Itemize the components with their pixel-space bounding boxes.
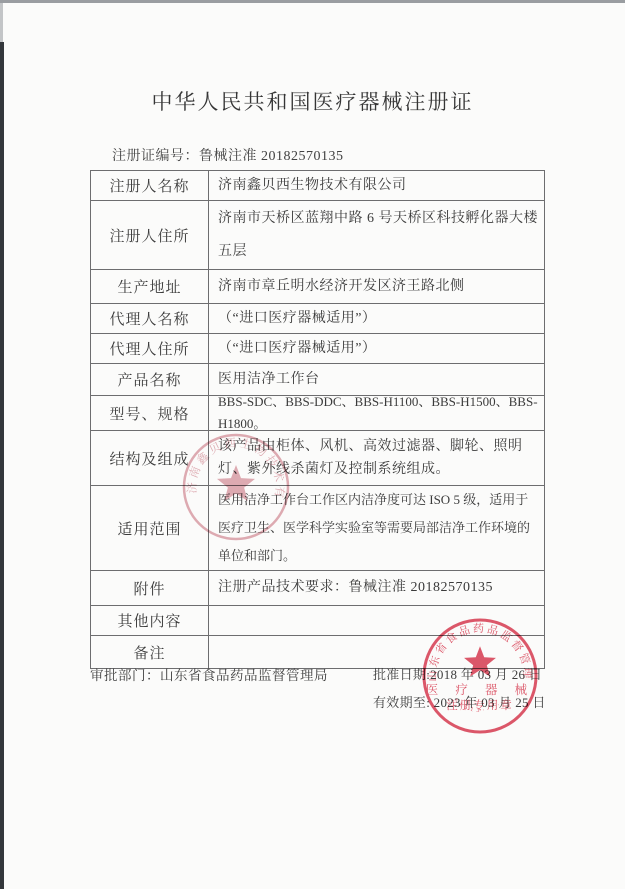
- valid-until-date: 有效期至: 2023 年 03 月 25 日: [373, 692, 546, 711]
- row-label: 适用范围: [91, 486, 209, 570]
- table-row: 注册人名称 济南鑫贝西生物技术有限公司: [91, 171, 544, 201]
- row-label: 其他内容: [91, 606, 209, 635]
- row-value: BBS-SDC、BBS-DDC、BBS-H1100、BBS-H1500、BBS-…: [209, 396, 544, 430]
- row-label: 产品名称: [91, 364, 209, 395]
- row-value: 济南市天桥区蓝翔中路 6 号天桥区科技孵化器大楼五层: [209, 201, 544, 269]
- row-label: 附件: [91, 571, 209, 605]
- row-value: 该产品由柜体、风机、高效过滤器、脚轮、照明灯、紫外线杀菌灯及控制系统组成。: [209, 431, 544, 485]
- page-title: 中华人民共和国医疗器械注册证: [0, 86, 625, 116]
- certificate-number-value: 鲁械注准 20182570135: [199, 149, 344, 164]
- scan-edge-left: [0, 42, 4, 889]
- table-row: 型号、规格 BBS-SDC、BBS-DDC、BBS-H1100、BBS-H150…: [91, 396, 544, 431]
- row-label: 注册人名称: [91, 171, 209, 200]
- row-label: 代理人名称: [91, 304, 209, 333]
- row-value: [209, 606, 544, 635]
- footer-dates: 批准日期:2018 年 03 月 26 日 有效期至: 2023 年 03 月 …: [373, 664, 546, 720]
- table-row: 注册人住所 济南市天桥区蓝翔中路 6 号天桥区科技孵化器大楼五层: [91, 201, 544, 270]
- certificate-table: 注册人名称 济南鑫贝西生物技术有限公司 注册人住所 济南市天桥区蓝翔中路 6 号…: [90, 170, 545, 669]
- table-row: 代理人住所 （“进口医疗器械适用”）: [91, 334, 544, 364]
- certificate-page: { "page": { "title": "中华人民共和国医疗器械注册证", "…: [0, 0, 625, 889]
- row-label: 型号、规格: [91, 396, 209, 430]
- certificate-number-label: 注册证编号：: [112, 149, 199, 164]
- row-label: 生产地址: [91, 270, 209, 303]
- row-value: 济南市章丘明水经济开发区济王路北侧: [209, 270, 544, 303]
- row-label: 代理人住所: [91, 334, 209, 363]
- row-value: （“进口医疗器械适用”）: [209, 334, 544, 363]
- row-value: （“进口医疗器械适用”）: [209, 304, 544, 333]
- approval-date: 批准日期:2018 年 03 月 26 日: [373, 664, 546, 683]
- certificate-number-line: 注册证编号：鲁械注准 20182570135: [112, 145, 344, 165]
- row-label: 结构及组成: [91, 431, 209, 485]
- approval-department: 审批部门：山东省食品药品监督管理局: [90, 664, 328, 684]
- table-row: 附件 注册产品技术要求：鲁械注准 20182570135: [91, 571, 544, 606]
- row-value: 医用洁净工作台工作区内洁净度可达 ISO 5 级，适用于医疗卫生、医学科学实验室…: [209, 486, 544, 570]
- table-row: 适用范围 医用洁净工作台工作区内洁净度可达 ISO 5 级，适用于医疗卫生、医学…: [91, 486, 544, 571]
- table-row: 代理人名称 （“进口医疗器械适用”）: [91, 304, 544, 334]
- scan-edge-left-faint: [0, 3, 3, 42]
- table-row: 生产地址 济南市章丘明水经济开发区济王路北侧: [91, 270, 544, 304]
- row-label: 注册人住所: [91, 201, 209, 269]
- scan-edge-top: [0, 0, 625, 3]
- table-row: 结构及组成 该产品由柜体、风机、高效过滤器、脚轮、照明灯、紫外线杀菌灯及控制系统…: [91, 431, 544, 486]
- row-value: 济南鑫贝西生物技术有限公司: [209, 171, 544, 200]
- table-row: 其他内容: [91, 606, 544, 636]
- row-value: 注册产品技术要求：鲁械注准 20182570135: [209, 571, 544, 605]
